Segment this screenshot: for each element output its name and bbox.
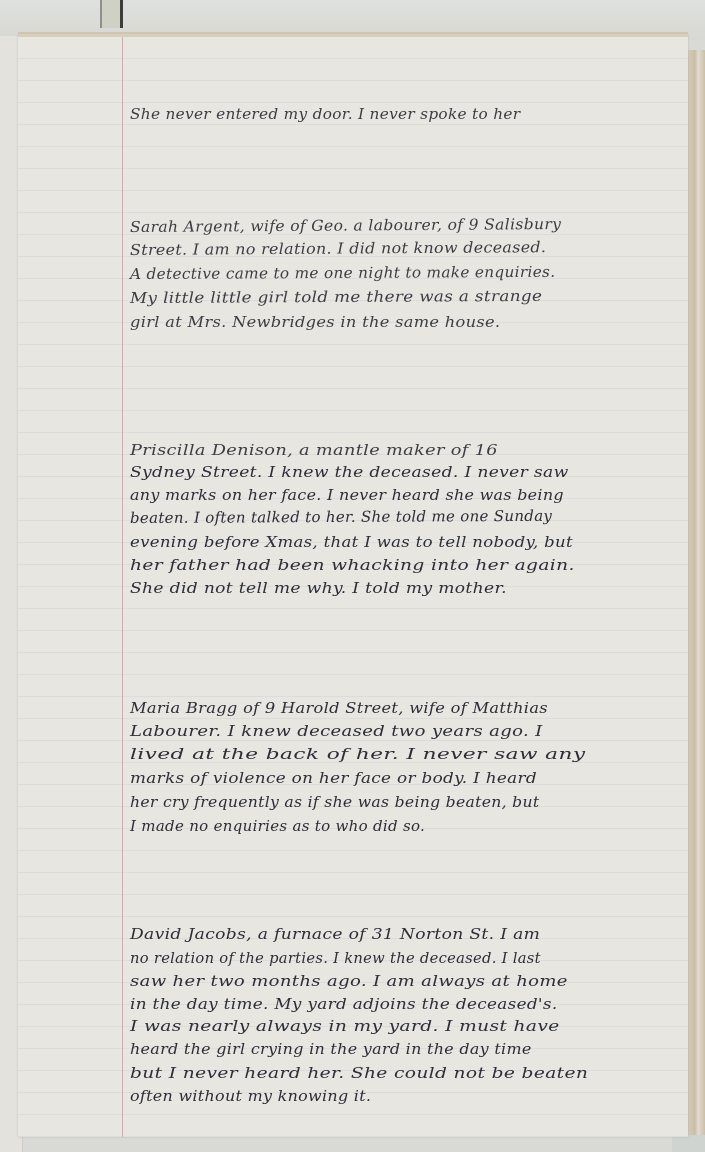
statement-line: beaten. I often talked to her. She told … bbox=[130, 509, 552, 526]
statement-line: marks of violence on her face or body. I… bbox=[130, 771, 537, 786]
backdrop-object bbox=[100, 0, 123, 28]
ledger-page: She never entered my door. I never spoke… bbox=[18, 34, 688, 1137]
statement-line: Labourer. I knew deceased two years ago.… bbox=[130, 724, 543, 739]
statement-line: David Jacobs, a furnace of 31 Norton St.… bbox=[130, 927, 540, 942]
statement-line: her cry frequently as if she was being b… bbox=[130, 795, 539, 810]
statement-line: Street. I am no relation. I did not know… bbox=[130, 240, 546, 258]
statement-line: My little little girl told me there was … bbox=[130, 289, 542, 306]
statement-line: lived at the back of her. I never saw an… bbox=[130, 747, 585, 762]
statement-line: Sydney Street. I knew the deceased. I ne… bbox=[130, 465, 569, 480]
statement-line: in the day time. My yard adjoins the dec… bbox=[130, 997, 558, 1012]
backdrop-corner bbox=[672, 1135, 705, 1152]
book-edge bbox=[688, 50, 705, 1152]
statement-line: evening before Xmas, that I was to tell … bbox=[130, 535, 573, 550]
statement-line: A detective came to me one night to make… bbox=[130, 265, 555, 282]
statement-line: heard the girl crying in the yard in the… bbox=[130, 1042, 532, 1057]
statement-line: often without my knowing it. bbox=[130, 1089, 371, 1104]
statement-line: Maria Bragg of 9 Harold Street, wife of … bbox=[130, 701, 548, 716]
opening-line: She never entered my door. I never spoke… bbox=[130, 107, 520, 122]
statement-line: I made no enquiries as to who did so. bbox=[130, 819, 425, 834]
statement-line: Sarah Argent, wife of Geo. a labourer, o… bbox=[130, 217, 561, 235]
statement-line: girl at Mrs. Newbridges in the same hous… bbox=[130, 315, 500, 330]
statement-line: Priscilla Denison, a mantle maker of 16 bbox=[130, 443, 498, 458]
statement-line: any marks on her face. I never heard she… bbox=[130, 488, 564, 503]
statement-line: no relation of the parties. I knew the d… bbox=[130, 951, 541, 966]
statement-line: saw her two months ago. I am always at h… bbox=[130, 974, 568, 989]
statement-line: I was nearly always in my yard. I must h… bbox=[130, 1019, 560, 1034]
statement-line: She did not tell me why. I told my mothe… bbox=[130, 581, 507, 596]
statement-line: her father had been whacking into her ag… bbox=[130, 558, 575, 573]
red-margin-line bbox=[122, 37, 123, 1137]
statement-line: but I never heard her. She could not be … bbox=[130, 1066, 588, 1081]
